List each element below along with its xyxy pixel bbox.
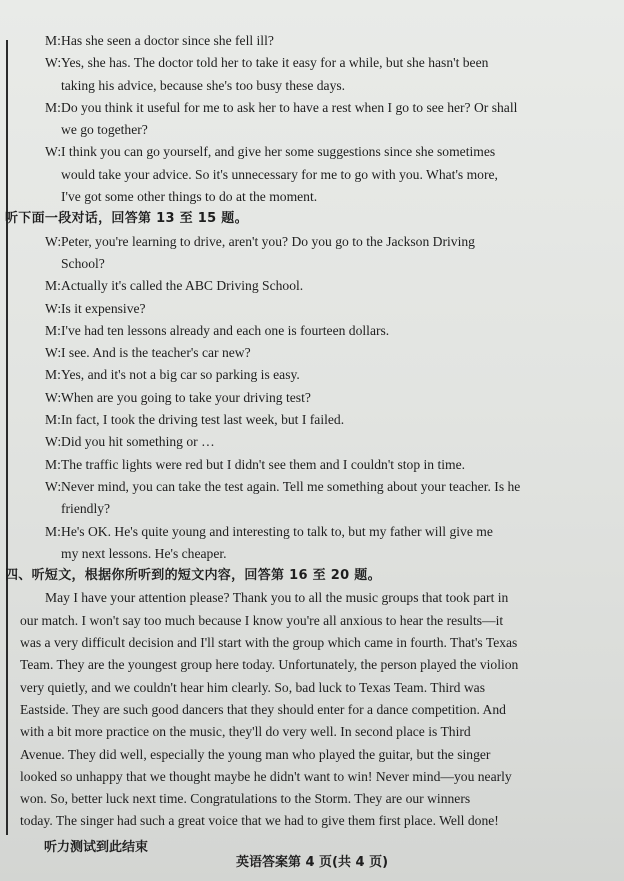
passage-line: Avenue. They did well, especially the yo… — [20, 744, 580, 766]
dialogue-line: M:Has she seen a doctor since she fell i… — [20, 30, 580, 52]
passage-line: our match. I won't say too much because … — [20, 610, 580, 632]
passage-line: May I have your attention please? Thank … — [20, 587, 580, 609]
dialogue-continuation: we go together? — [20, 119, 580, 141]
dialogue-line: M:Do you think it useful for me to ask h… — [20, 97, 580, 119]
passage-line: won. So, better luck next time. Congratu… — [20, 788, 580, 810]
dialogue-line: W:I see. And is the teacher's car new? — [20, 342, 580, 364]
dialogue-line: W:Peter, you're learning to drive, aren'… — [20, 231, 580, 253]
dialogue-line: M:I've had ten lessons already and each … — [20, 320, 580, 342]
passage-line: looked so unhappy that we thought maybe … — [20, 766, 580, 788]
page-footer: 英语答案第 4 页(共 4 页) — [0, 851, 624, 870]
section-heading: 听下面一段对话，回答第 13 至 15 题。 — [5, 208, 580, 230]
dialogue-continuation: School? — [20, 253, 580, 275]
dialogue-line: M:The traffic lights were red but I didn… — [20, 454, 580, 476]
dialogue-line: W:When are you going to take your drivin… — [20, 387, 580, 409]
passage-line: very quietly, and we couldn't hear him c… — [20, 677, 580, 699]
passage: May I have your attention please? Thank … — [20, 587, 580, 832]
dialogue-line: M:In fact, I took the driving test last … — [20, 409, 580, 431]
passage-line: was a very difficult decision and I'll s… — [20, 632, 580, 654]
dialogue-continuation: friendly? — [20, 498, 580, 520]
dialogue-line: W:I think you can go yourself, and give … — [20, 141, 580, 163]
dialogue-line: W:Is it expensive? — [20, 298, 580, 320]
dialogue-line: W:Yes, she has. The doctor told her to t… — [20, 52, 580, 74]
passage-line: Eastside. They are such good dancers tha… — [20, 699, 580, 721]
dialogue-line: M:He's OK. He's quite young and interest… — [20, 521, 580, 543]
paper-page: M:Has she seen a doctor since she fell i… — [0, 0, 624, 881]
passage-line: with a bit more practice on the music, t… — [20, 721, 580, 743]
passage-line: today. The singer had such a great voice… — [20, 810, 580, 832]
passage-line: Team. They are the youngest group here t… — [20, 654, 580, 676]
dialogue-continuation: taking his advice, because she's too bus… — [20, 75, 580, 97]
dialogue-continuation: I've got some other things to do at the … — [20, 186, 580, 208]
margin-line — [6, 40, 8, 835]
dialogue-line: W:Never mind, you can take the test agai… — [20, 476, 580, 498]
dialogue-line: M:Actually it's called the ABC Driving S… — [20, 275, 580, 297]
dialogue-continuation: would take your advice. So it's unnecess… — [20, 164, 580, 186]
document-content: M:Has she seen a doctor since she fell i… — [20, 30, 580, 859]
dialogue-line: M:Yes, and it's not a big car so parking… — [20, 364, 580, 386]
section-heading: 四、听短文，根据你所听到的短文内容，回答第 16 至 20 题。 — [5, 565, 580, 587]
dialogue-line: W:Did you hit something or … — [20, 431, 580, 453]
dialogue-continuation: my next lessons. He's cheaper. — [20, 543, 580, 565]
